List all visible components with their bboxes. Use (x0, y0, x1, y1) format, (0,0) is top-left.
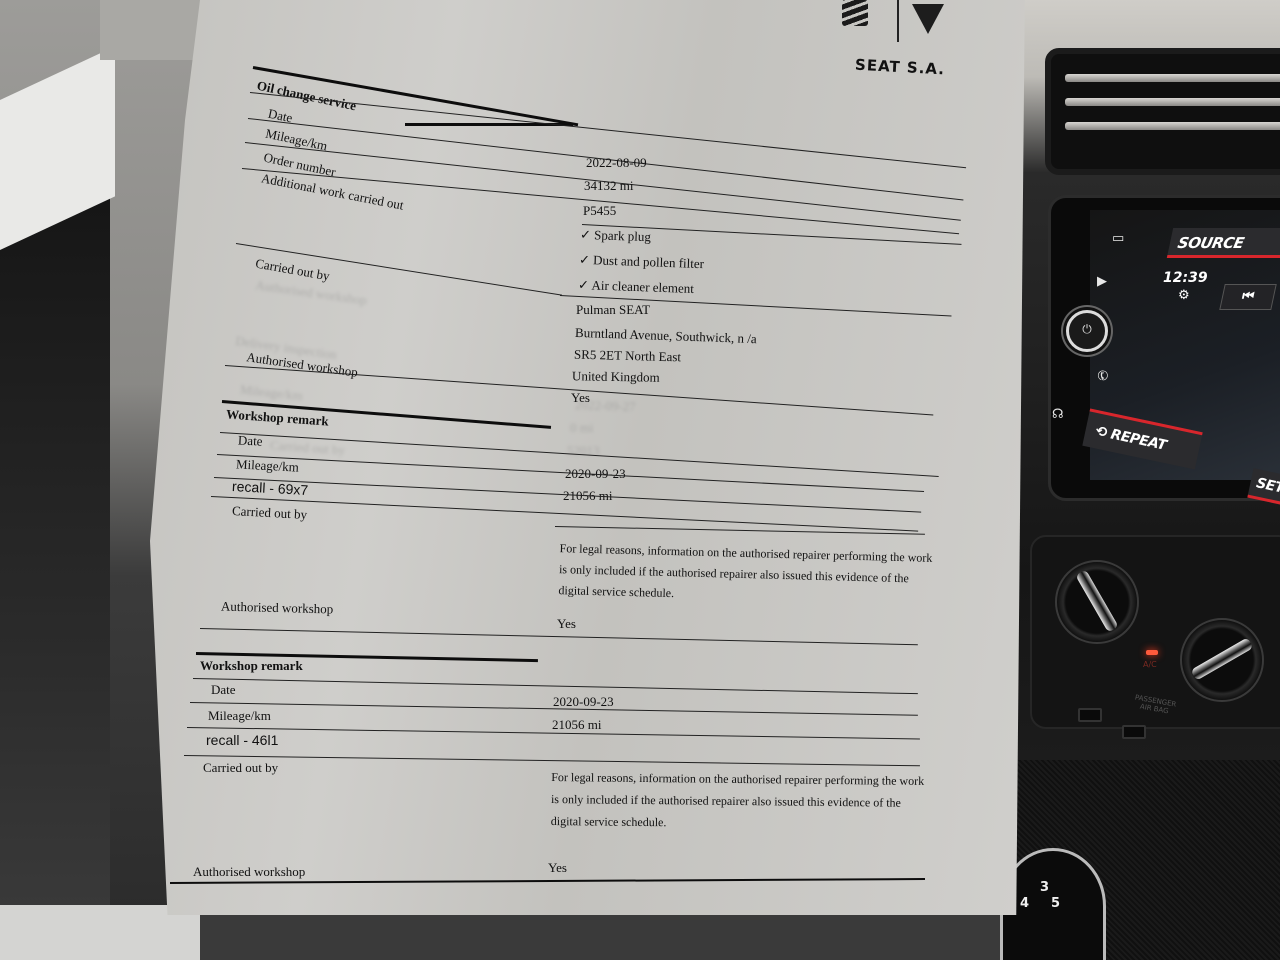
seat-shadow (0, 180, 110, 960)
label-date: Date (238, 432, 263, 449)
seat-logo (842, 0, 868, 26)
clock: 12:39 (1163, 270, 1208, 286)
label-carried-out-by: Carried out by (203, 760, 278, 776)
temperature-dial[interactable] (1055, 560, 1139, 644)
value-order-number: P5455 (583, 203, 616, 219)
show-through-text: 52013 (567, 443, 600, 459)
play-icon[interactable]: ▶ (1097, 275, 1107, 288)
power-icon: ⏻ (1069, 322, 1105, 337)
value-date: 2022-08-09 (586, 155, 647, 171)
usb-port[interactable] (1122, 725, 1146, 739)
section-title-workshop-remark: Workshop remark (200, 658, 303, 674)
settings-icon[interactable]: ⚙ (1178, 288, 1190, 303)
label-authorised-workshop: Authorised workshop (221, 599, 334, 618)
check-icon: ✓ (578, 277, 589, 292)
label-date: Date (211, 682, 236, 698)
ac-label[interactable]: A/C (1143, 660, 1157, 669)
label-mileage: Mileage/km (208, 708, 271, 724)
voice-icon[interactable]: ☊ (1052, 408, 1064, 421)
usb-port[interactable] (1078, 708, 1102, 722)
gear-pattern: 3 45 (1020, 880, 1060, 912)
air-vent[interactable] (1045, 48, 1280, 175)
checklist-item: ✓ Spark plug (580, 227, 651, 245)
value-mileage: 21056 mi (552, 717, 601, 733)
workshop-name: Pulman SEAT (576, 302, 650, 318)
radio-icon[interactable]: ▭ (1112, 232, 1124, 245)
previous-track-button[interactable]: ⏮ (1219, 284, 1277, 310)
legal-notice: For legal reasons, information on the au… (551, 766, 925, 836)
check-icon: ✓ (579, 252, 590, 267)
value-authorised-workshop: Yes (571, 390, 590, 406)
check-icon: ✓ (580, 227, 591, 242)
fan-dial[interactable] (1180, 618, 1264, 702)
workshop-country: United Kingdom (572, 368, 660, 386)
workshop-postcode: SR5 2ET North East (574, 347, 681, 366)
cupra-logo (912, 4, 944, 34)
label-authorised-workshop: Authorised workshop (193, 864, 305, 880)
value-mileage: 34132 mi (584, 178, 633, 194)
logo-divider (897, 0, 899, 42)
recall-code: recall - 46l1 (206, 732, 278, 748)
show-through-text: 0 mi (570, 420, 593, 436)
source-button[interactable]: SOURCE (1167, 228, 1280, 258)
power-volume-knob[interactable]: ⏻ (1066, 310, 1108, 352)
value-authorised-workshop: Yes (557, 616, 576, 632)
value-authorised-workshop: Yes (548, 860, 567, 876)
ac-indicator-led (1146, 650, 1158, 655)
label-mileage: Mileage/km (236, 456, 300, 475)
legal-notice: For legal reasons, information on the au… (558, 538, 932, 611)
